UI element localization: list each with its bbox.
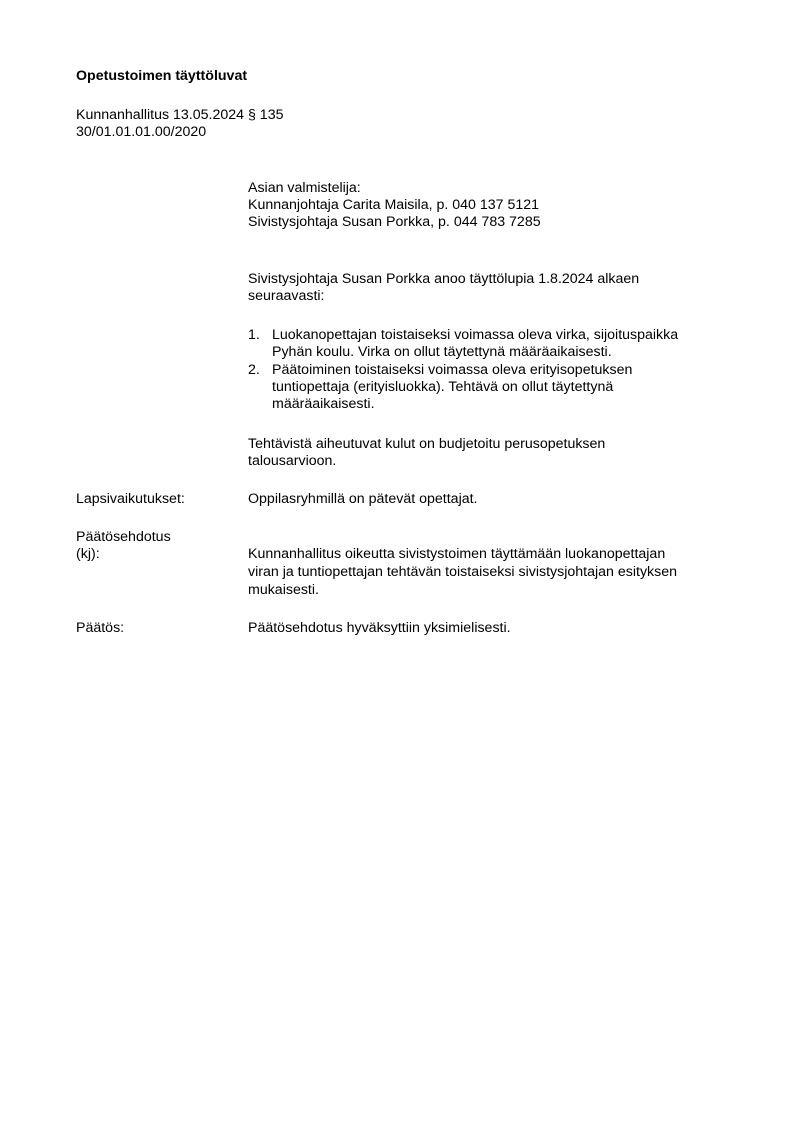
decision-text: Päätösehdotus hyväksyttiin yksimielisest… bbox=[248, 620, 511, 637]
list-item-line: määräaikaisesti. bbox=[272, 396, 748, 413]
budget-line: Tehtävistä aiheutuvat kulut on budjetoit… bbox=[248, 436, 605, 453]
document-title: Opetustoimen täyttöluvat bbox=[76, 68, 247, 85]
preparer-line: Kunnanjohtaja Carita Maisila, p. 040 137… bbox=[248, 197, 539, 214]
list-item-line: tuntiopettaja (erityisluokka). Tehtävä o… bbox=[272, 379, 748, 396]
request-list: 1. Luokanopettajan toistaiseksi voimassa… bbox=[248, 327, 748, 413]
proposal-label-suffix: (kj): bbox=[76, 546, 100, 563]
list-item-line: Päätoiminen toistaiseksi voimassa oleva … bbox=[272, 362, 748, 379]
list-item: 2. Päätoiminen toistaiseksi voimassa ole… bbox=[248, 362, 748, 414]
list-item-line: Pyhän koulu. Virka on ollut täytettynä m… bbox=[272, 344, 748, 361]
proposal-line: Kunnanhallitus oikeutta sivistystoimen t… bbox=[248, 546, 665, 563]
proposal-line: mukaisesti. bbox=[248, 582, 319, 599]
intro-line: seuraavasti: bbox=[248, 288, 325, 305]
record-number: 30/01.01.01.00/2020 bbox=[76, 124, 206, 141]
list-item: 1. Luokanopettajan toistaiseksi voimassa… bbox=[248, 327, 748, 362]
intro-line: Sivistysjohtaja Susan Porkka anoo täyttö… bbox=[248, 271, 639, 288]
list-item-line: Luokanopettajan toistaiseksi voimassa ol… bbox=[272, 327, 748, 344]
child-impacts-text: Oppilasryhmillä on pätevät opettajat. bbox=[248, 491, 478, 508]
proposal-line: viran ja tuntiopettajan tehtävän toistai… bbox=[248, 564, 677, 581]
preparer-line: Sivistysjohtaja Susan Porkka, p. 044 783… bbox=[248, 214, 541, 231]
child-impacts-label: Lapsivaikutukset: bbox=[76, 491, 185, 508]
decision-label: Päätös: bbox=[76, 620, 124, 637]
preparer-heading: Asian valmistelija: bbox=[248, 180, 361, 197]
list-item-number: 1. bbox=[248, 327, 260, 344]
list-item-number: 2. bbox=[248, 362, 260, 379]
meeting-line: Kunnanhallitus 13.05.2024 § 135 bbox=[76, 107, 283, 124]
proposal-label: Päätösehdotus bbox=[76, 529, 171, 546]
budget-line: talousarvioon. bbox=[248, 453, 336, 470]
